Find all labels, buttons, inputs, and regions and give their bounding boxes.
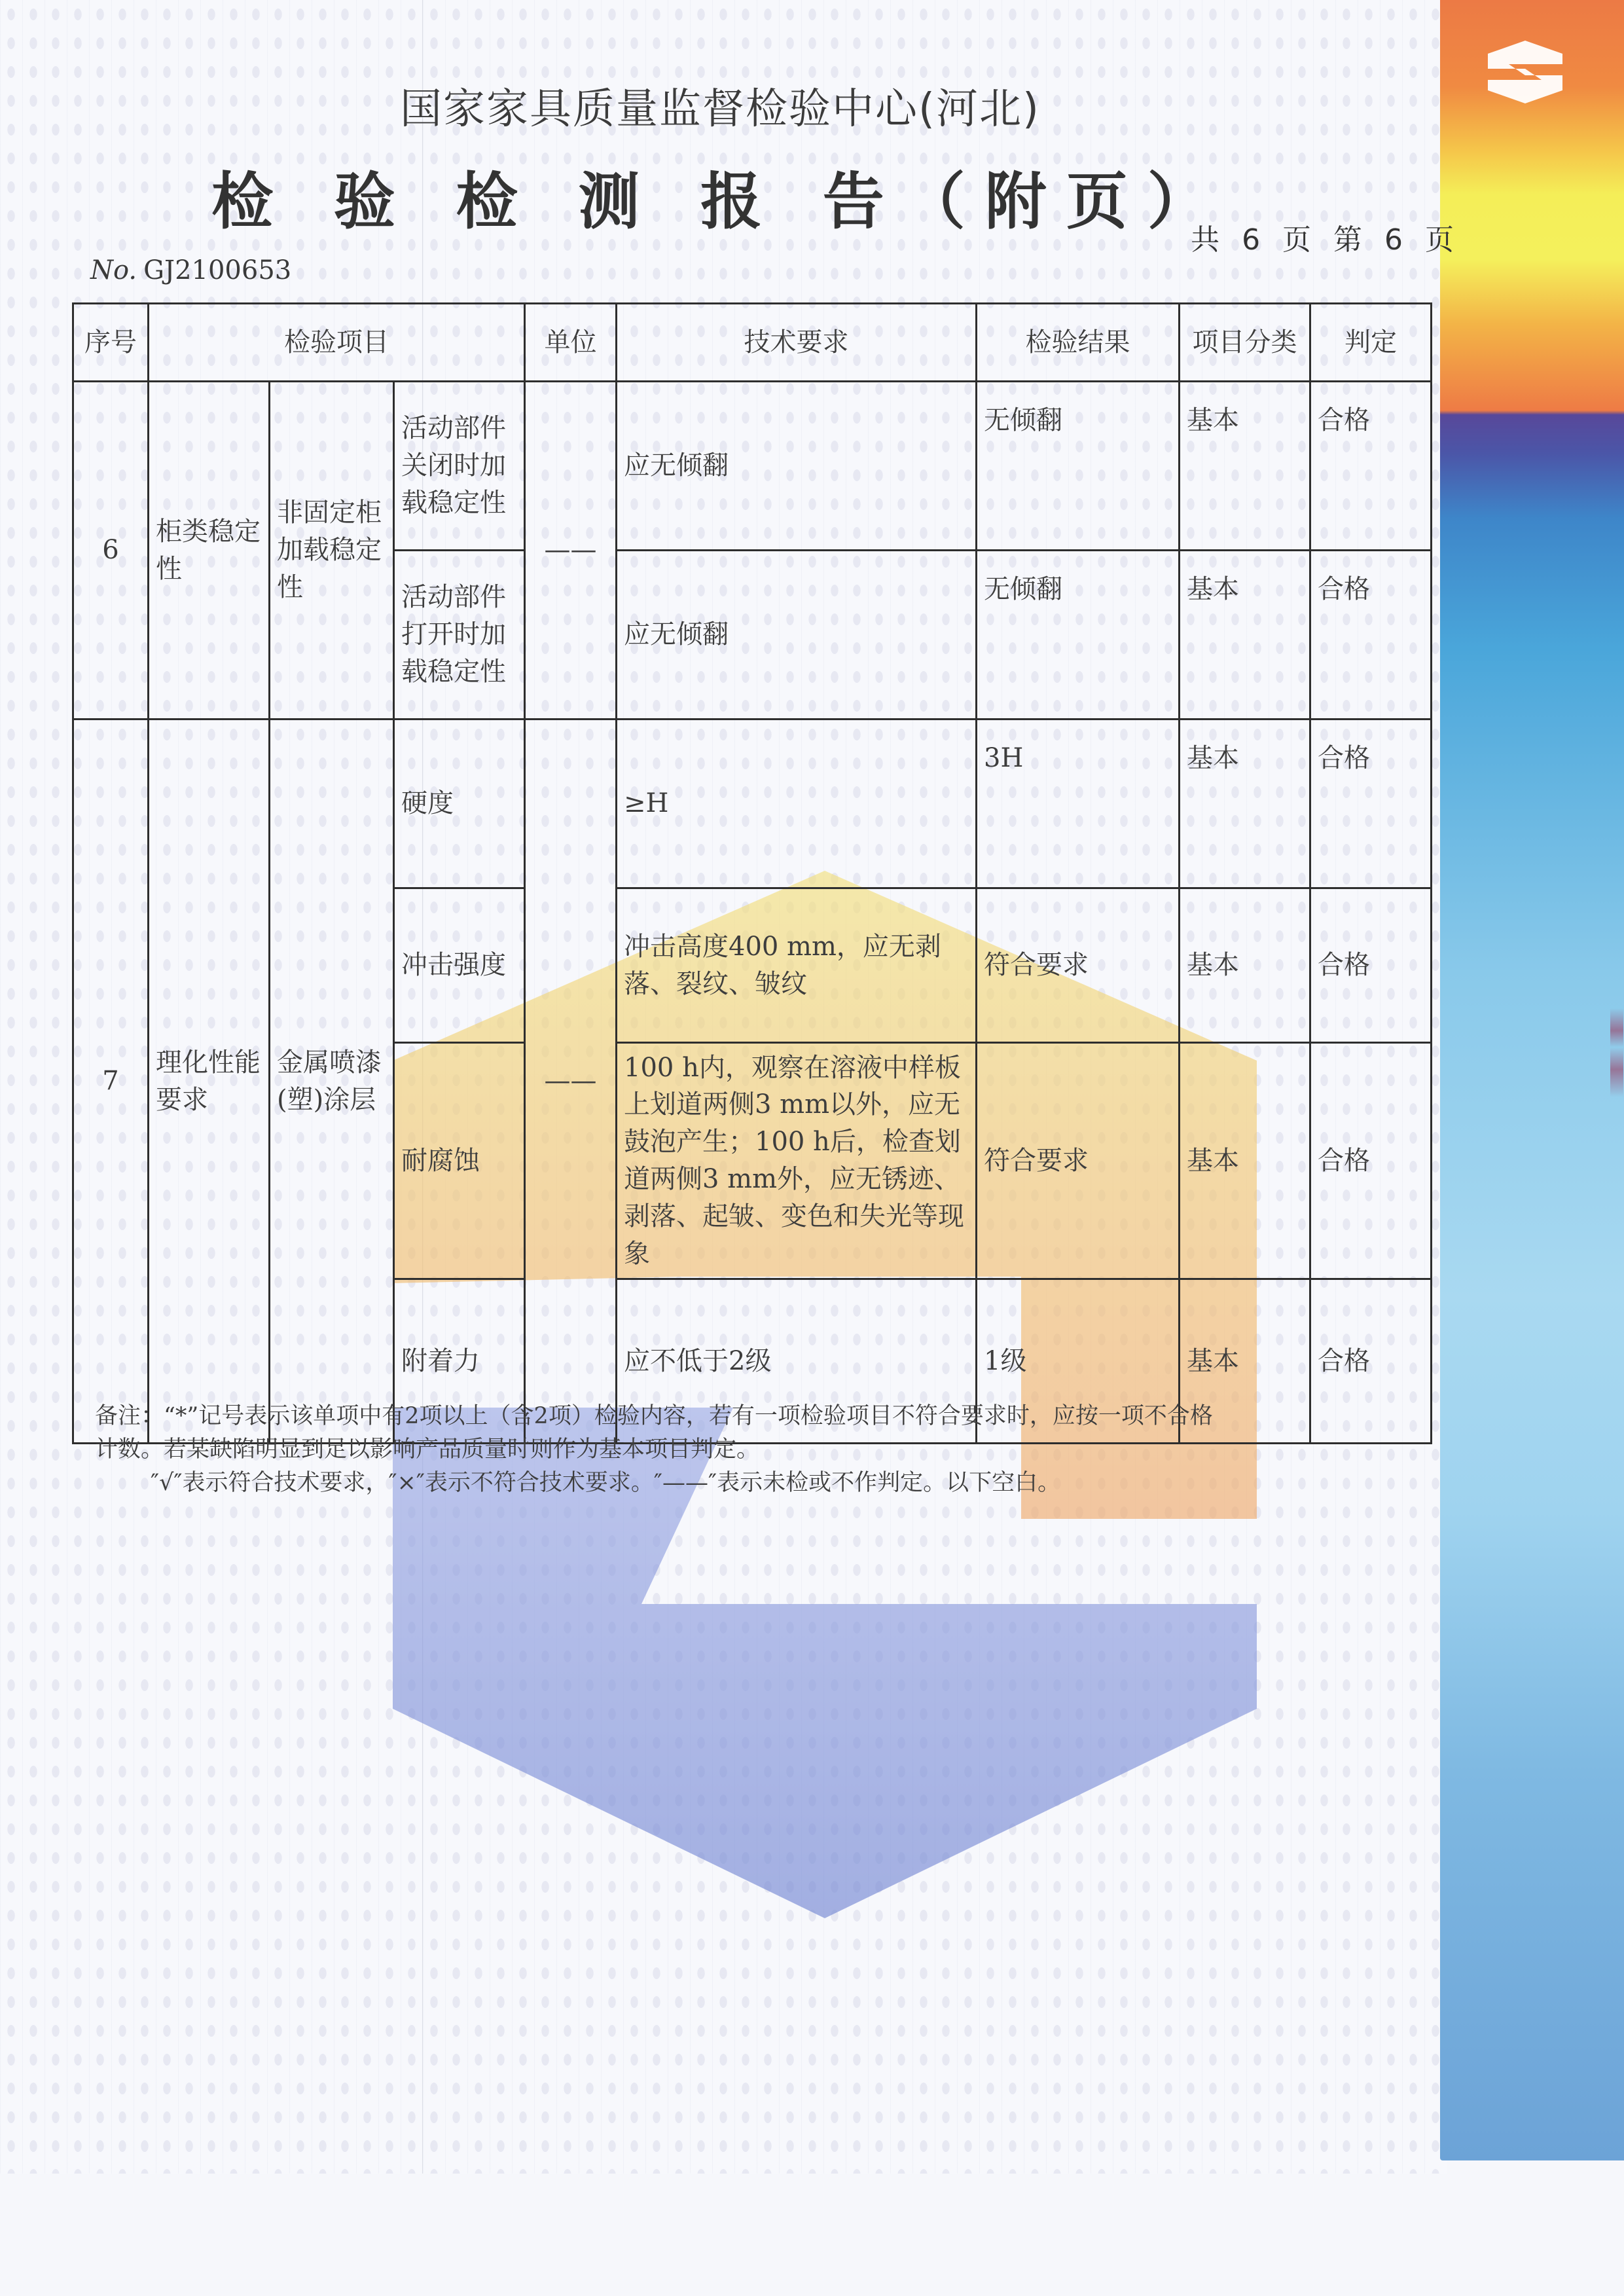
- table-row: 7 理化性能要求 金属喷漆(塑)涂层 硬度 —— ≥H 3H 基本 合格: [73, 720, 1432, 888]
- classification-cell: 基本: [1180, 551, 1310, 720]
- remarks: 备注：“*”记号表示该单项中有2项以上（含2项）检验内容，若有一项检验项目不符合…: [95, 1400, 1443, 1499]
- requirement-cell: 冲击高度400 mm，应无剥落、裂纹、皱纹: [617, 888, 977, 1043]
- unit-cell: ——: [525, 720, 617, 1444]
- result-cell: 符合要求: [977, 888, 1180, 1043]
- verdict-cell: 合格: [1310, 720, 1432, 888]
- table-header-row: 序号 检验项目 单位 技术要求 检验结果 项目分类 判定: [73, 304, 1432, 382]
- verdict-cell: 合格: [1310, 888, 1432, 1043]
- header-classification: 项目分类: [1180, 304, 1310, 382]
- item-name-cell: 耐腐蚀: [394, 1043, 525, 1279]
- report-number-label: No.: [90, 255, 137, 285]
- remark-line-1: 备注：“*”记号表示该单项中有2项以上（含2项）检验内容，若有一项检验项目不符合…: [95, 1400, 1443, 1433]
- page-info: 共 6 页 第 6 页: [1191, 216, 1460, 258]
- subcategory-cell: 金属喷漆(塑)涂层: [270, 720, 394, 1444]
- unit-cell: ——: [525, 382, 617, 720]
- seq-cell: 7: [73, 720, 149, 1444]
- inspection-table: 序号 检验项目 单位 技术要求 检验结果 项目分类 判定 6 柜类稳定性 非固定…: [72, 302, 1432, 1444]
- decorative-color-strip: [1440, 0, 1624, 2160]
- result-cell: 3H: [977, 720, 1180, 888]
- verdict-cell: 合格: [1310, 1043, 1432, 1279]
- seq-cell: 6: [73, 382, 149, 720]
- requirement-cell: 应无倾翻: [617, 382, 977, 551]
- requirement-cell: ≥H: [617, 720, 977, 888]
- classification-cell: 基本: [1180, 720, 1310, 888]
- classification-cell: 基本: [1180, 1043, 1310, 1279]
- header-item: 检验项目: [149, 304, 525, 382]
- item-name-cell: 活动部件关闭时加载稳定性: [394, 382, 525, 551]
- category-cell: 理化性能要求: [149, 720, 270, 1444]
- item-name-cell: 冲击强度: [394, 888, 525, 1043]
- table-row: 6 柜类稳定性 非固定柜加载稳定性 活动部件关闭时加载稳定性 —— 应无倾翻 无…: [73, 382, 1432, 551]
- classification-cell: 基本: [1180, 382, 1310, 551]
- item-name-cell: 活动部件打开时加载稳定性: [394, 551, 525, 720]
- header-verdict: 判定: [1310, 304, 1432, 382]
- subcategory-cell: 非固定柜加载稳定性: [270, 382, 394, 720]
- category-cell: 柜类稳定性: [149, 382, 270, 720]
- verdict-cell: 合格: [1310, 382, 1432, 551]
- header-requirement: 技术要求: [617, 304, 977, 382]
- header-unit: 单位: [525, 304, 617, 382]
- result-cell: 无倾翻: [977, 551, 1180, 720]
- header-result: 检验结果: [977, 304, 1180, 382]
- requirement-cell: 应无倾翻: [617, 551, 977, 720]
- header-seq: 序号: [73, 304, 149, 382]
- report-number: No.GJ2100653: [90, 255, 291, 285]
- report-number-value: GJ2100653: [143, 255, 291, 285]
- remark-line-2: 计数。若某缺陷明显到足以影响产品质量时则作为基本项目判定。: [95, 1433, 1443, 1467]
- result-cell: 符合要求: [977, 1043, 1180, 1279]
- stamp-fragment: [1610, 1008, 1623, 1120]
- remark-line-3: ″√″表示符合技术要求，″×″表示不符合技术要求。″——″表示未检或不作判定。以…: [95, 1467, 1443, 1500]
- item-name-cell: 硬度: [394, 720, 525, 888]
- result-cell: 无倾翻: [977, 382, 1180, 551]
- verdict-cell: 合格: [1310, 551, 1432, 720]
- classification-cell: 基本: [1180, 888, 1310, 1043]
- requirement-cell: 100 h内，观察在溶液中样板上划道两侧3 mm以外，应无鼓泡产生；100 h后…: [617, 1043, 977, 1279]
- organization-name: 国家家具质量监督检验中心(河北): [0, 75, 1440, 136]
- hexagon-z-logo-icon: [1483, 39, 1568, 105]
